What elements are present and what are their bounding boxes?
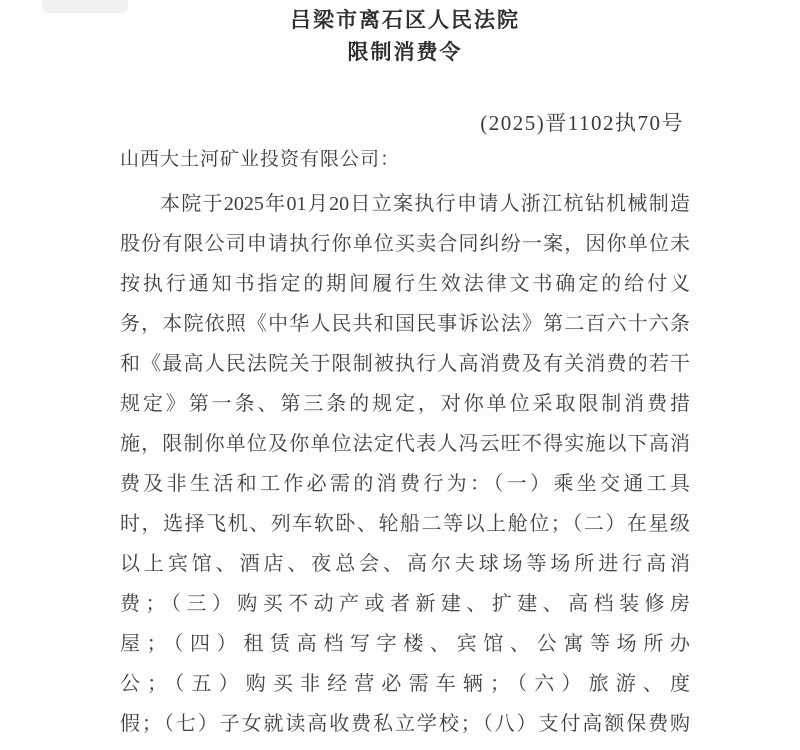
- body-line: 务，本院依照《中华人民共和国民事诉讼法》第二百六十六条: [120, 304, 690, 344]
- top-edge-tab: [42, 0, 128, 13]
- body-line: 屋；（四）租赁高档写字楼、宾馆、公寓等场所办: [120, 624, 690, 664]
- body-line: 公；（五）购买非经营必需车辆；（六）旅游、度: [120, 664, 690, 704]
- body-line: 费及非生活和工作必需的消费行为：（一）乘坐交通工具: [120, 464, 690, 504]
- body-line: 假；（七）子女就读高收费私立学校；（八）支付高额保费购: [120, 704, 690, 744]
- body-line: 本院于2025年01月20日立案执行申请人浙江杭钻机械制造: [120, 184, 690, 224]
- body-line: 和《最高人民法院关于限制被执行人高消费及有关消费的若干: [120, 344, 690, 384]
- document-title: 限制消费令: [120, 38, 690, 66]
- body-line: 施，限制你单位及你单位法定代表人冯云旺不得实施以下高消: [120, 424, 690, 464]
- body-line: 以上宾馆、酒店、夜总会、高尔夫球场等场所进行高消: [120, 544, 690, 584]
- case-number: (2025)晋1102执70号: [120, 108, 690, 138]
- body-line: 按执行通知书指定的期间履行生效法律文书确定的给付义: [120, 264, 690, 304]
- addressee-line: 山西大土河矿业投资有限公司：: [120, 145, 690, 175]
- body-line: 时，选择飞机、列车软卧、轮船二等以上舱位；（二）在星级: [120, 504, 690, 544]
- document-content: 吕梁市离石区人民法院 限制消费令 (2025)晋1102执70号 山西大土河矿业…: [120, 0, 690, 744]
- body-line: 费；（三）购买不动产或者新建、扩建、高档装修房: [120, 584, 690, 624]
- document-page: 吕梁市离石区人民法院 限制消费令 (2025)晋1102执70号 山西大土河矿业…: [0, 0, 800, 750]
- court-name: 吕梁市离石区人民法院: [120, 6, 690, 34]
- body-line: 规定》第一条、第三条的规定，对你单位采取限制消费措: [120, 384, 690, 424]
- document-body: 本院于2025年01月20日立案执行申请人浙江杭钻机械制造 股份有限公司申请执行…: [120, 184, 690, 744]
- body-line: 股份有限公司申请执行你单位买卖合同纠纷一案，因你单位未: [120, 224, 690, 264]
